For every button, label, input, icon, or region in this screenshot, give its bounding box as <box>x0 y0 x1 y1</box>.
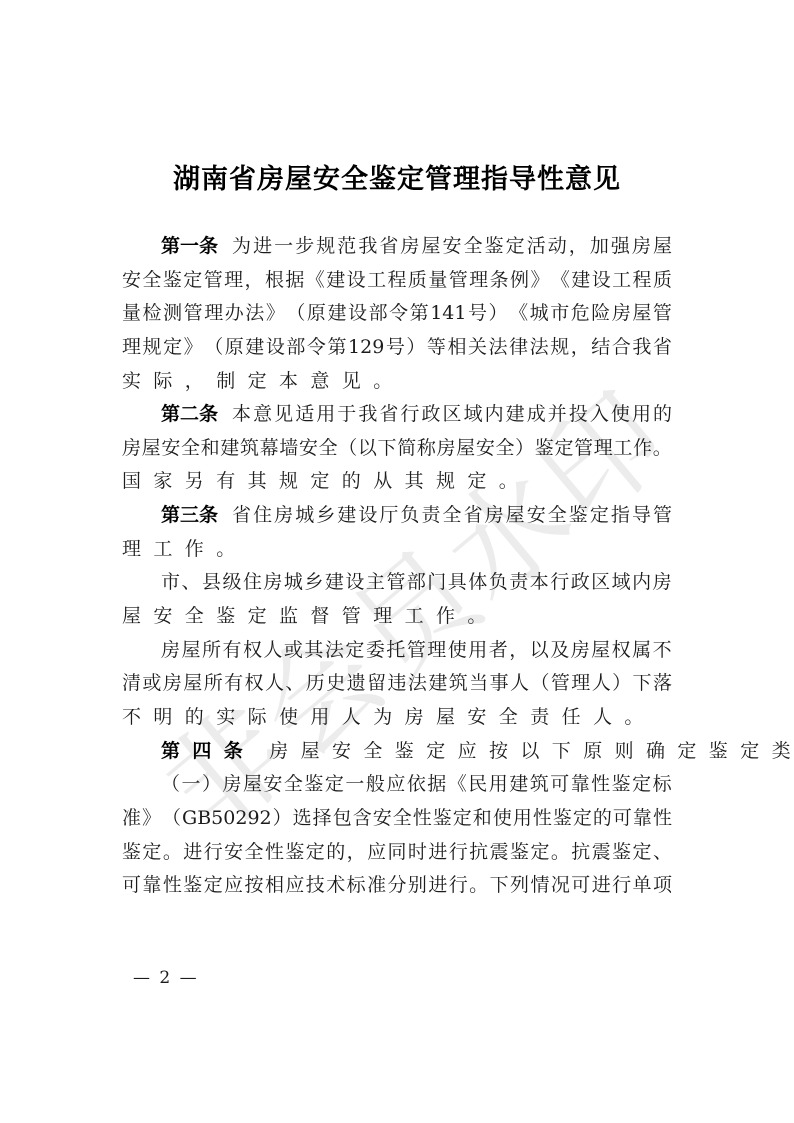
page-number: — 2 — <box>133 966 199 990</box>
paragraph-article-3-line-2: 理工作。 <box>122 533 672 567</box>
article-label: 第一条 <box>161 230 218 264</box>
paragraph-article-1-line-5: 实际，制定本意见。 <box>122 365 672 399</box>
paragraph-item-1-line-4: 可靠性鉴定应按相应技术标准分别进行。下列情况可进行单项 <box>122 869 672 903</box>
paragraph-article-1-line-2: 安全鉴定管理，根据《建设工程质量管理条例》《建设工程质 <box>122 264 672 298</box>
paragraph-article-2-line-2: 房屋安全和建筑幕墙安全（以下简称房屋安全）鉴定管理工作。 <box>122 432 672 466</box>
paragraph-item-1-line-2: 准》（GB50292）选择包含安全性鉴定和使用性鉴定的可靠性 <box>122 802 672 836</box>
article-label: 第四条 <box>161 740 255 762</box>
document-page: 非会员水印 湖南省房屋安全鉴定管理指导性意见 第一条为进一步规范我省房屋安全鉴定… <box>0 0 794 1123</box>
paragraph-article-3c-line-1: 房屋所有权人或其法定委托管理使用者，以及房屋权属不 <box>122 634 672 668</box>
paragraph-article-3b-line-2: 屋安全鉴定监督管理工作。 <box>122 600 672 634</box>
paragraph-article-1-line-4: 理规定》（原建设部令第129号）等相关法律法规，结合我省 <box>122 331 672 365</box>
paragraph-article-3c-line-2: 清或房屋所有权人、历史遗留违法建筑当事人（管理人）下落 <box>122 667 672 701</box>
paragraph-article-2-line-1: 第二条本意见适用于我省行政区域内建成并投入使用的 <box>122 398 672 432</box>
paragraph-article-3b-line-1: 市、县级住房城乡建设主管部门具体负责本行政区域内房 <box>122 566 672 600</box>
paragraph-article-1-line-1: 第一条为进一步规范我省房屋安全鉴定活动，加强房屋 <box>122 230 672 264</box>
page-title: 湖南省房屋安全鉴定管理指导性意见 <box>0 160 794 200</box>
document-body: 第一条为进一步规范我省房屋安全鉴定活动，加强房屋 安全鉴定管理，根据《建设工程质… <box>122 230 672 903</box>
paragraph-item-1-line-3: 鉴定。进行安全性鉴定的，应同时进行抗震鉴定。抗震鉴定、 <box>122 836 672 870</box>
article-label: 第三条 <box>161 499 218 533</box>
paragraph-article-1-line-3: 量检测管理办法》（原建设部令第141号）《城市危险房屋管 <box>122 297 672 331</box>
paragraph-article-4-line-1: 第四条房屋安全鉴定应按以下原则确定鉴定类别： <box>122 735 672 769</box>
paragraph-item-1-line-1: （一）房屋安全鉴定一般应依据《民用建筑可靠性鉴定标 <box>122 768 672 802</box>
text-line: 房屋安全鉴定应按以下原则确定鉴定类别： <box>269 740 794 762</box>
article-label: 第二条 <box>161 398 218 432</box>
paragraph-article-3-line-1: 第三条省住房城乡建设厅负责全省房屋安全鉴定指导管 <box>122 499 672 533</box>
paragraph-article-3c-line-3: 不明的实际使用人为房屋安全责任人。 <box>122 701 672 735</box>
paragraph-article-2-line-3: 国家另有其规定的从其规定。 <box>122 465 672 499</box>
